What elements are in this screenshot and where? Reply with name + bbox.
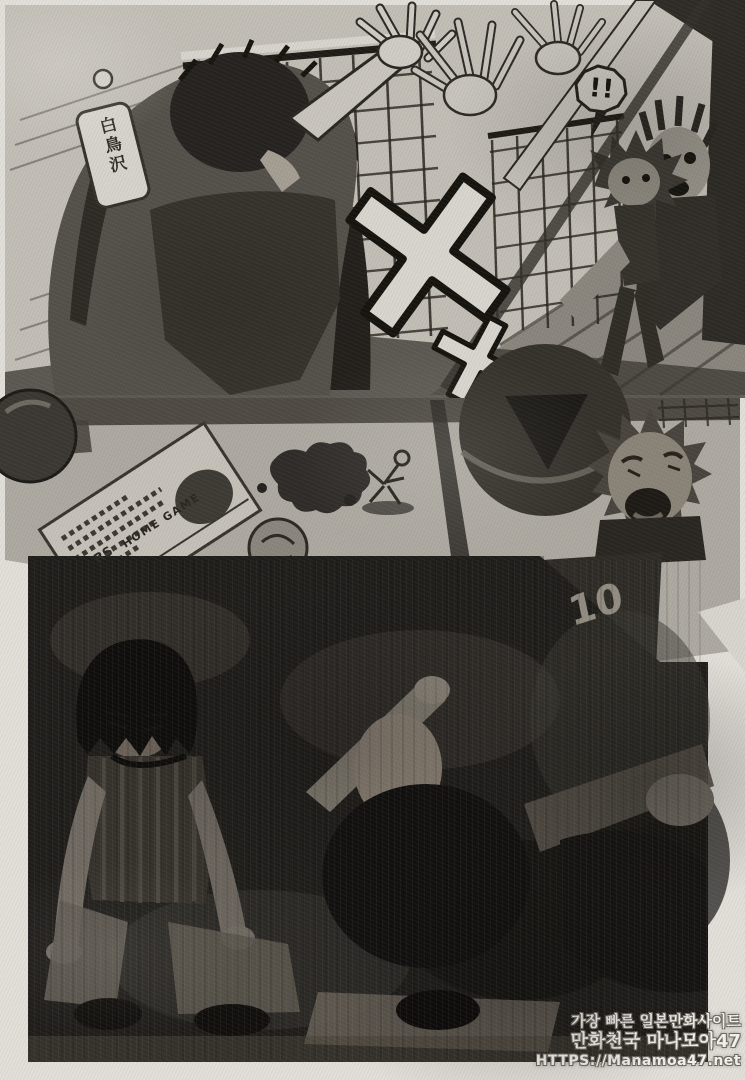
seated-shoe-right bbox=[194, 1004, 270, 1036]
hand2-palm bbox=[536, 42, 580, 74]
diving-player-shadow bbox=[362, 501, 414, 515]
spiky-eye-right bbox=[642, 174, 650, 182]
panel-top bbox=[5, 0, 745, 419]
crouched-shoe bbox=[396, 990, 480, 1030]
knee-highlight bbox=[646, 774, 714, 826]
splatter-dot1 bbox=[344, 494, 356, 506]
crouched-back bbox=[322, 784, 530, 968]
small-ball bbox=[94, 70, 112, 88]
splatter-dot2 bbox=[257, 483, 267, 493]
seated-shoe-left bbox=[74, 998, 142, 1030]
manga-artwork bbox=[0, 0, 745, 1080]
spiky-eye-left bbox=[622, 176, 630, 184]
spiker-palm bbox=[378, 36, 422, 68]
manga-page: 白鳥沢 !! 10 HOME GAME RS 가장 빠른 일본만화사이트 만화천… bbox=[0, 0, 745, 1080]
panel-bottom bbox=[28, 556, 730, 1062]
spiky-face bbox=[608, 158, 660, 206]
speech-bubble-shape bbox=[576, 66, 626, 112]
bottom-floor-band bbox=[28, 1036, 708, 1062]
shocked-eye-right bbox=[684, 152, 696, 164]
crouched-hand bbox=[414, 676, 450, 704]
hand1-palm bbox=[444, 75, 496, 115]
